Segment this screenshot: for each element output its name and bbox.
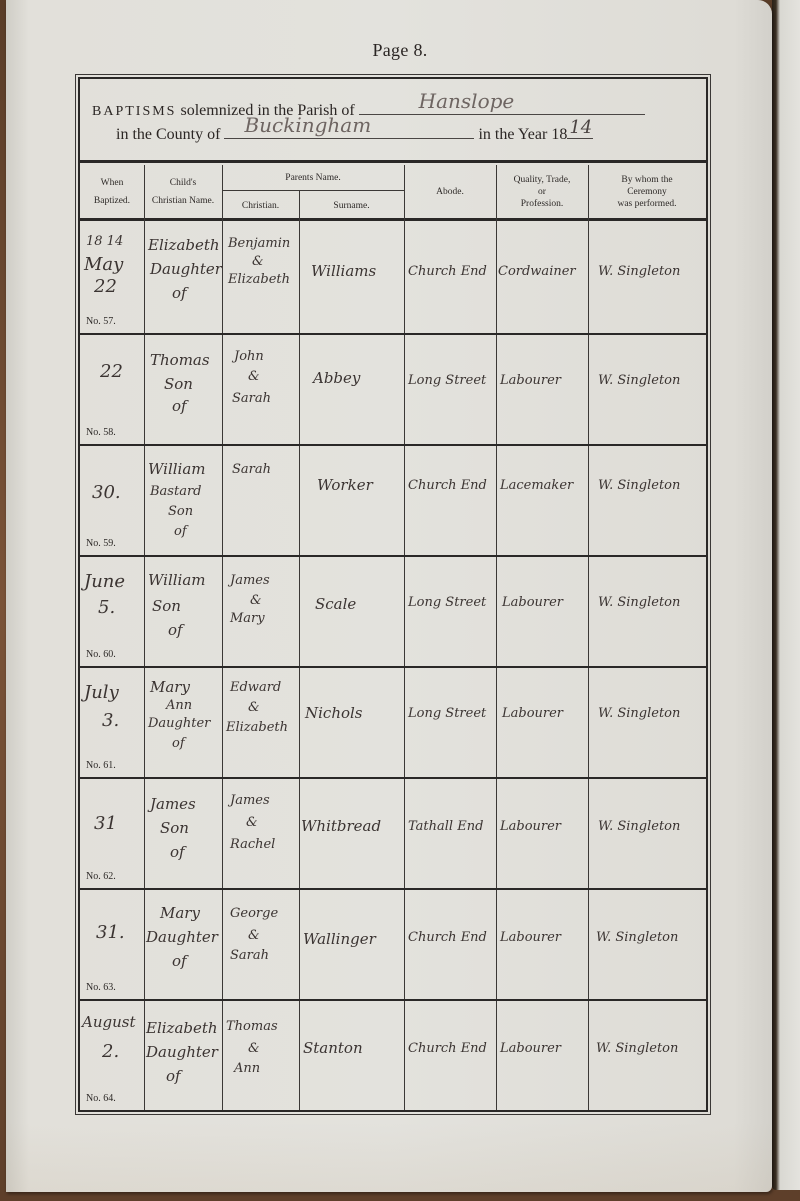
cell-performed-by: W. Singleton xyxy=(588,890,706,999)
cell-performed-by: W. Singleton xyxy=(588,335,706,444)
entry-number: No. 60. xyxy=(86,649,116,660)
cell-parents-christian: James & Rachel xyxy=(222,779,299,888)
cell-performed-by: W. Singleton xyxy=(588,224,706,333)
table-row: August 2. No. 64. Elizabeth Daughter of … xyxy=(80,1001,706,1110)
cell-child-name: William Son of xyxy=(144,557,222,666)
header-performed-by: By whom the Ceremony was performed. xyxy=(588,165,706,218)
header-when-baptized: When Baptized. xyxy=(80,165,144,218)
table-row: June 5. No. 60. William Son of James & M… xyxy=(80,557,706,668)
header-abode: Abode. xyxy=(404,165,496,218)
cell-abode: Church End xyxy=(404,1001,496,1110)
cell-performed-by: W. Singleton xyxy=(588,557,706,666)
entry-number: No. 62. xyxy=(86,871,116,882)
cell-quality: Labourer xyxy=(496,668,588,777)
cell-abode: Tathall End xyxy=(404,779,496,888)
table-row: July 3. No. 61. Mary Ann Daughter of Edw… xyxy=(80,668,706,779)
cell-surname: Wallinger xyxy=(299,890,404,999)
header-parents-christian: Christian. xyxy=(222,191,299,221)
cell-abode: Long Street xyxy=(404,557,496,666)
entry-number: No. 59. xyxy=(86,538,116,549)
cell-parents-christian: Edward & Elizabeth xyxy=(222,668,299,777)
cell-parents-christian: Benjamin & Elizabeth xyxy=(222,224,299,333)
cell-quality: Labourer xyxy=(496,557,588,666)
table-row: 18 14 May 22 No. 57. Elizabeth Daughter … xyxy=(80,224,706,335)
cell-quality: Labourer xyxy=(496,779,588,888)
cell-child-name: James Son of xyxy=(144,779,222,888)
cell-child-name: Elizabeth Daughter of xyxy=(144,1001,222,1110)
cell-performed-by: W. Singleton xyxy=(588,779,706,888)
table-row: 31. No. 63. Mary Daughter of George & Sa… xyxy=(80,890,706,1001)
cell-abode: Long Street xyxy=(404,668,496,777)
county-value: Buckingham xyxy=(244,113,371,137)
cell-quality: Lacemaker xyxy=(496,446,588,555)
header-quality: Quality, Trade, or Profession. xyxy=(496,165,588,218)
cell-surname: Williams xyxy=(299,224,404,333)
table-row: 30. No. 59. William Bastard Son of Sarah… xyxy=(80,446,706,557)
cell-abode: Long Street xyxy=(404,335,496,444)
title-line-county: in the County of Buckingham in the Year … xyxy=(116,121,593,144)
table-row: 31 No. 62. James Son of James & Rachel W… xyxy=(80,779,706,890)
year-value: 14 xyxy=(569,117,592,138)
cell-surname: Whitbread xyxy=(299,779,404,888)
header-parents-surname: Surname. xyxy=(299,191,404,221)
cell-parents-christian: Sarah xyxy=(222,446,299,555)
header-child-name: Child's Christian Name. xyxy=(144,165,222,218)
cell-child-name: Elizabeth Daughter of xyxy=(144,224,222,333)
cell-child-name: William Bastard Son of xyxy=(144,446,222,555)
entry-number: No. 58. xyxy=(86,427,116,438)
cell-child-name: Thomas Son of xyxy=(144,335,222,444)
year-field: 14 xyxy=(567,121,593,139)
cell-surname: Abbey xyxy=(299,335,404,444)
cell-surname: Worker xyxy=(299,446,404,555)
cell-parents-christian: Thomas & Ann xyxy=(222,1001,299,1110)
cell-quality: Cordwainer xyxy=(496,224,588,333)
page-number: Page 8. xyxy=(0,40,800,61)
year-label: in the Year 18 xyxy=(478,126,567,143)
cell-parents-christian: John & Sarah xyxy=(222,335,299,444)
entry-number: No. 57. xyxy=(86,316,116,327)
cell-abode: Church End xyxy=(404,446,496,555)
cell-performed-by: W. Singleton xyxy=(588,446,706,555)
cell-abode: Church End xyxy=(404,224,496,333)
table-row: 22 No. 58. Thomas Son of John & Sarah Ab… xyxy=(80,335,706,446)
county-field: Buckingham xyxy=(224,121,474,139)
entry-number: No. 63. xyxy=(86,982,116,993)
cell-quality: Labourer xyxy=(496,1001,588,1110)
cell-parents-christian: James & Mary xyxy=(222,557,299,666)
facing-page-edge xyxy=(772,0,800,1190)
cell-abode: Church End xyxy=(404,890,496,999)
cell-parents-christian: George & Sarah xyxy=(222,890,299,999)
entry-number: No. 61. xyxy=(86,760,116,771)
cell-surname: Stanton xyxy=(299,1001,404,1110)
cell-surname: Scale xyxy=(299,557,404,666)
entry-number: No. 64. xyxy=(86,1093,116,1104)
cell-child-name: Mary Daughter of xyxy=(144,890,222,999)
cell-quality: Labourer xyxy=(496,335,588,444)
register-title-block: BAPTISMS solemnized in the Parish of Han… xyxy=(80,79,706,163)
cell-child-name: Mary Ann Daughter of xyxy=(144,668,222,777)
cell-performed-by: W. Singleton xyxy=(588,668,706,777)
header-parents-name: Parents Name. xyxy=(222,165,404,191)
baptism-register-table: BAPTISMS solemnized in the Parish of Han… xyxy=(78,77,708,1112)
cell-performed-by: W. Singleton xyxy=(588,1001,706,1110)
parish-value: Hanslope xyxy=(419,89,515,113)
cell-quality: Labourer xyxy=(496,890,588,999)
cell-surname: Nichols xyxy=(299,668,404,777)
column-headers: When Baptized. Child's Christian Name. P… xyxy=(80,165,706,221)
title-baptisms: BAPTISMS xyxy=(92,104,176,119)
county-label: in the County of xyxy=(116,126,220,143)
parish-field: Hanslope xyxy=(359,97,645,115)
